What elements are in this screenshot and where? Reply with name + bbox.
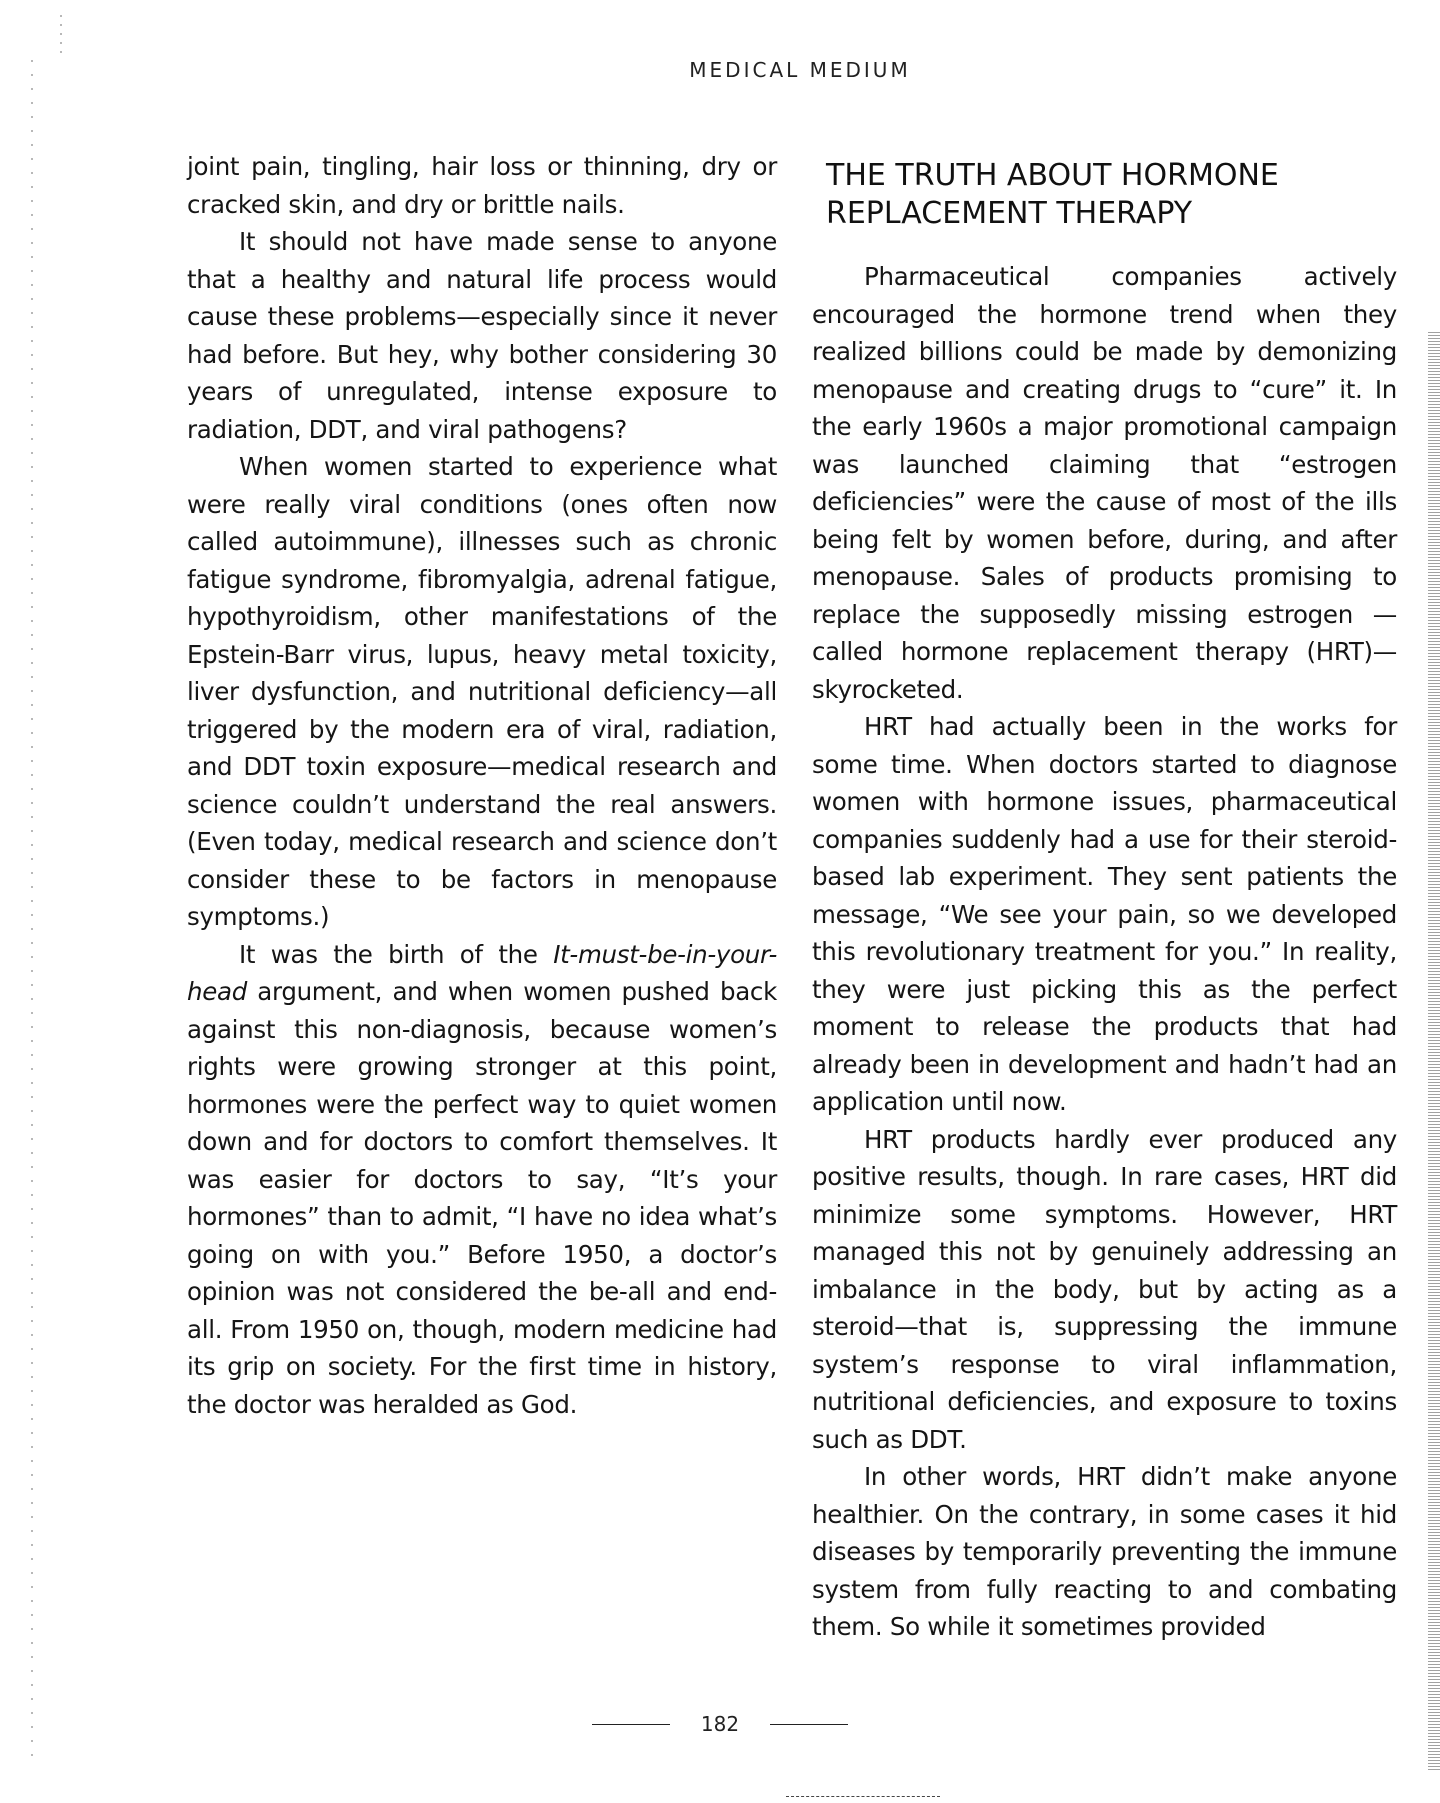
right-column: Pharmaceutical companies actively encour…: [812, 258, 1397, 1646]
paragraph: joint pain, tingling, hair loss or thinn…: [187, 148, 777, 223]
paragraph: In other words, HRT didn’t make anyone h…: [812, 1458, 1397, 1646]
running-head: MEDICAL MEDIUM: [0, 58, 1440, 82]
section-heading: THE TRUTH ABOUT HORMONE REPLACEMENT THER…: [826, 157, 1406, 233]
page-number: 182: [701, 1712, 739, 1736]
paragraph: When women started to experience what we…: [187, 448, 777, 936]
page-footer: 182: [0, 1712, 1440, 1736]
paragraph: It was the birth of the It-must-be-in-yo…: [187, 936, 777, 1424]
footer-rule-right: [770, 1724, 848, 1725]
paragraph: It should not have made sense to anyone …: [187, 223, 777, 448]
paragraph: HRT products hardly ever produced any po…: [812, 1121, 1397, 1459]
scan-artifact-left-margin: [31, 60, 33, 1760]
paragraph-text: argument, and when women pushed back aga…: [187, 977, 777, 1419]
footer-rule-left: [592, 1724, 670, 1725]
paragraph-text: It was the birth of the: [239, 940, 553, 969]
paragraph: HRT had actually been in the works for s…: [812, 708, 1397, 1121]
scan-artifact-right-edge: [1428, 330, 1440, 1770]
scan-artifact-top-left: [60, 15, 62, 55]
left-column: joint pain, tingling, hair loss or thinn…: [187, 148, 777, 1423]
paragraph: Pharmaceutical companies actively encour…: [812, 258, 1397, 708]
scan-artifact-bottom-rule: [786, 1796, 940, 1797]
